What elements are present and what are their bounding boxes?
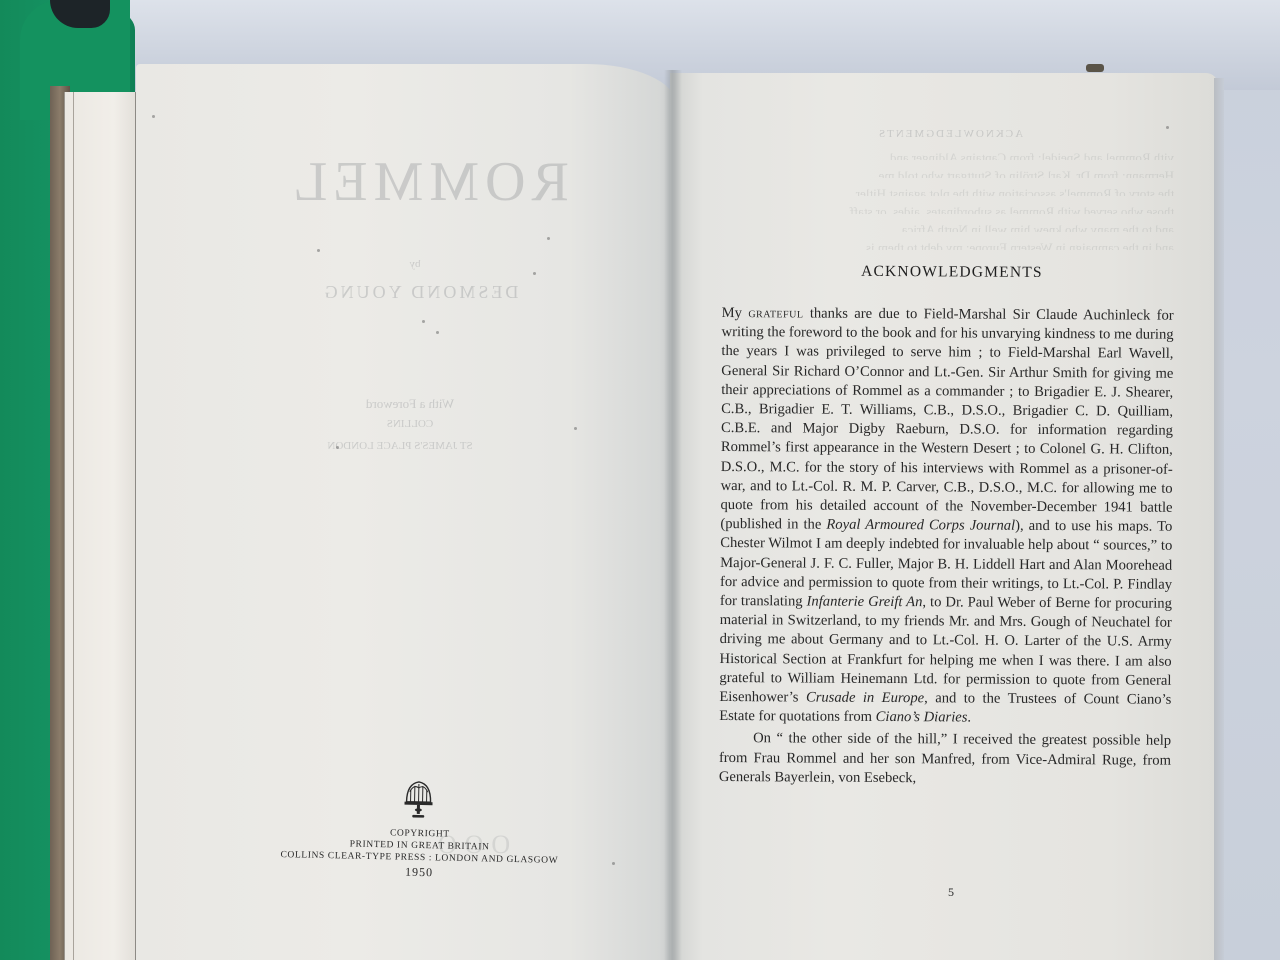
- paper-speck: [612, 862, 615, 865]
- lead-cap: My: [722, 305, 742, 321]
- show-through-line: and to the many who knew him well in Nor…: [722, 222, 1174, 232]
- paper-speck: [574, 427, 577, 430]
- show-through-by: by: [395, 258, 435, 270]
- show-through-line: vith Rommel and Speidel; from Captains A…: [722, 150, 1174, 160]
- text-segment: .: [967, 710, 971, 726]
- paper-speck: [317, 249, 320, 252]
- italic-title: Infanterie Greift An: [807, 594, 923, 611]
- publisher-imprint: COPYRIGHT PRINTED IN GREAT BRITAIN COLLI…: [249, 774, 591, 881]
- fountain-logo-icon: [401, 778, 436, 823]
- show-through-publisher: COLLINS: [330, 418, 490, 430]
- paper-speck: [336, 446, 339, 449]
- page-edge-line: [73, 92, 74, 960]
- paper-speck: [533, 272, 536, 275]
- lead-smallcaps: grateful: [748, 305, 803, 321]
- show-through-author: DESMOND YOUNG: [300, 282, 540, 303]
- acknowledgments-paragraph-1: My grateful thanks are due to Field-Mars…: [719, 304, 1174, 729]
- show-through-right-header: ACKNOWLEDGMENTS: [800, 128, 1100, 140]
- italic-title: Crusade in Europe: [806, 690, 924, 707]
- show-through-line: Hermann; from Dr. Karl Strölin of Stuttg…: [722, 168, 1174, 178]
- show-through-foreword: With a Foreword: [330, 396, 490, 412]
- show-through-line: and in the campaign in Western Europe; m…: [722, 240, 1174, 250]
- page-stack-left: [64, 92, 136, 960]
- show-through-address: ST JAMES'S PLACE LONDON: [300, 440, 500, 452]
- right-page-edge: [1214, 78, 1224, 960]
- clip-mark: [1086, 64, 1104, 72]
- show-through-line: those who served with Rommel as subordin…: [722, 204, 1174, 214]
- text-segment: thanks are due to Field-Marshal Sir Clau…: [720, 305, 1173, 532]
- show-through-line: the story of Rommel's association with t…: [722, 186, 1174, 196]
- paper-speck: [152, 115, 155, 118]
- show-through-title: ROMMEL: [268, 150, 588, 214]
- paper-speck: [436, 331, 439, 334]
- page-heading: ACKNOWLEDGMENTS: [722, 262, 1174, 283]
- text-segment: , to Dr. Paul Weber of Berne for procuri…: [719, 594, 1172, 705]
- paper-speck: [1166, 126, 1169, 129]
- page-number: 5: [948, 885, 954, 900]
- acknowledgments-paragraph-2: On “ the other side of the hill,” I rece…: [719, 729, 1171, 789]
- paper-speck: [422, 320, 425, 323]
- book-gutter: [664, 70, 682, 960]
- italic-title: Royal Armoured Corps Journal: [826, 517, 1015, 534]
- italic-title: Ciano’s Diaries: [876, 709, 968, 726]
- paper-speck: [547, 237, 550, 240]
- acknowledgments-section: ACKNOWLEDGMENTS My grateful thanks are d…: [719, 262, 1174, 790]
